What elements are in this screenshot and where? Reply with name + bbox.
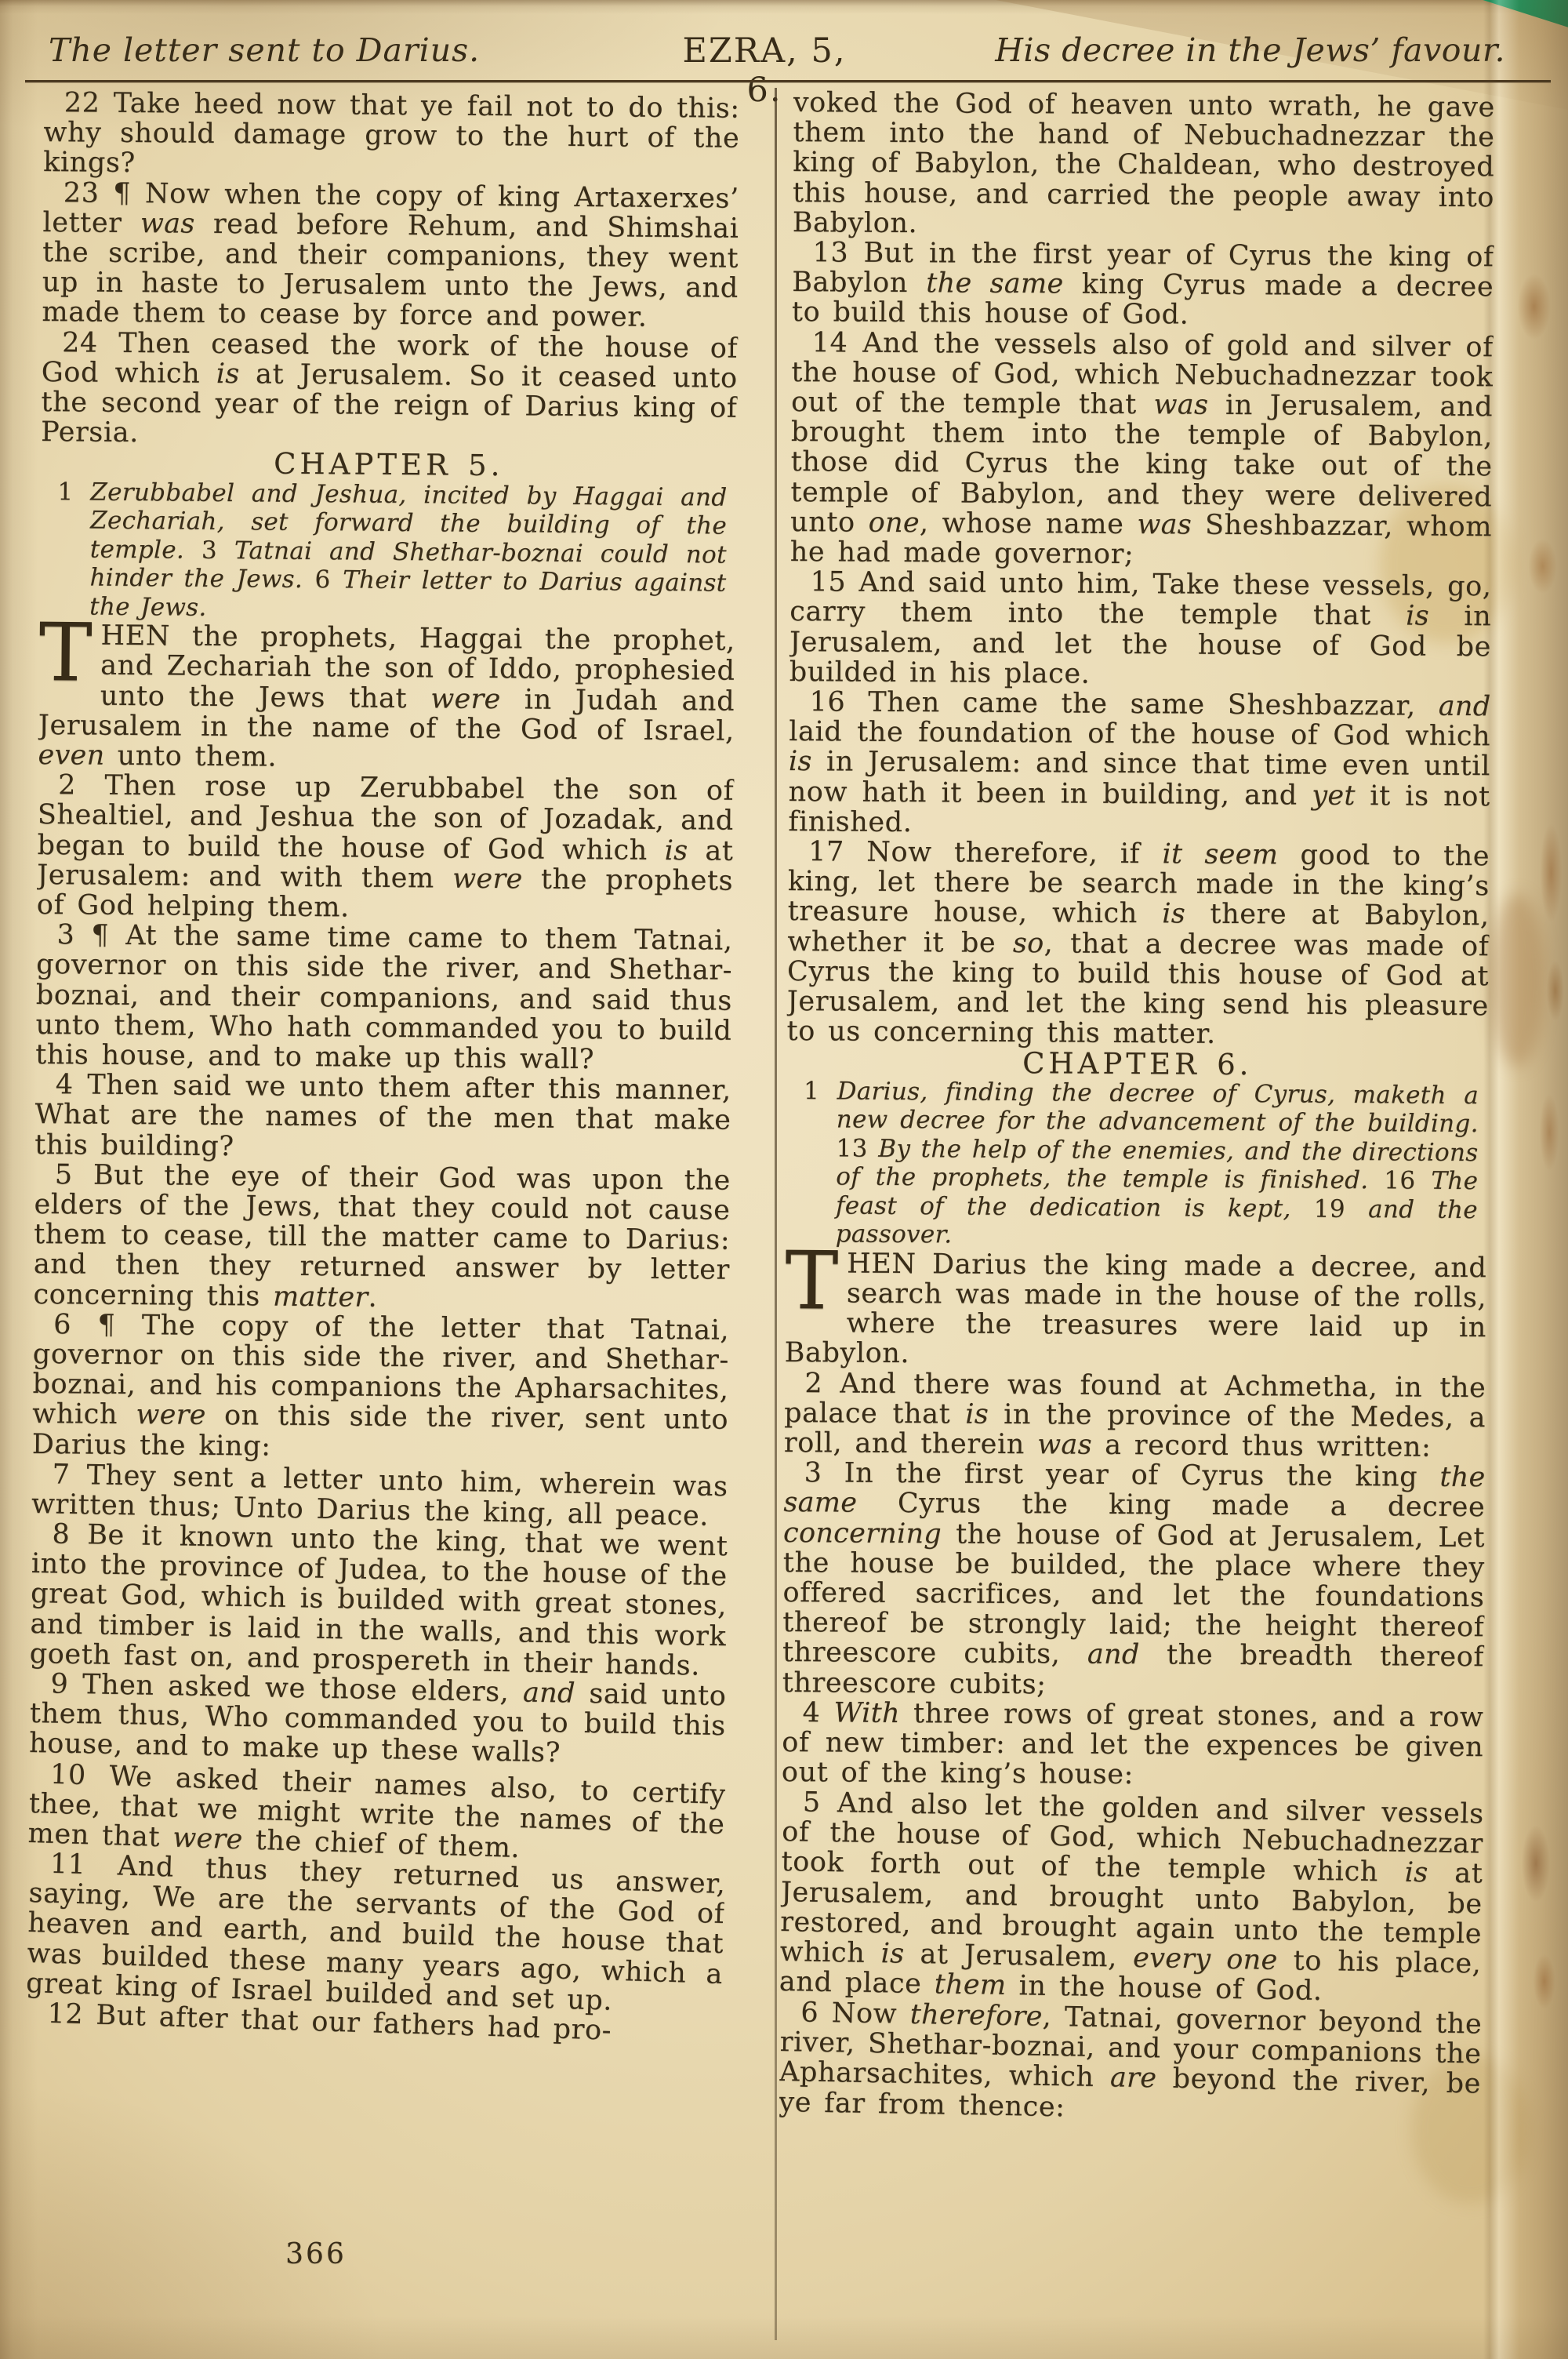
column-divider bbox=[775, 88, 777, 2340]
verse-paragraph: 4 With three rows of great stones, and a… bbox=[782, 1698, 1484, 1793]
verse-paragraph: 17 Now therefore, if it seem good to the… bbox=[786, 837, 1490, 1052]
chapter-heading: CHAPTER 6. bbox=[786, 1046, 1488, 1081]
verse-paragraph: 5 And also let the golden and silver ves… bbox=[779, 1787, 1485, 2009]
running-header-right: His decree in the Jews’ favour. bbox=[972, 31, 1505, 69]
verse-paragraph: 6 ¶ The copy of the letter that Tatnai, … bbox=[32, 1310, 730, 1466]
verse-paragraph: 11 And thus they returned us answer, say… bbox=[26, 1848, 726, 2019]
chapter-summary: 1 Zerubbabel and Jeshua, incited by Hagg… bbox=[39, 478, 737, 627]
dropcap-verse: THEN Darius the king made a decree, and … bbox=[785, 1249, 1487, 1373]
verse-paragraph: 2 And there was found at Achmetha, in th… bbox=[784, 1368, 1486, 1463]
verse-paragraph: 3 ¶ At the same time came to them Tatnai… bbox=[35, 920, 733, 1076]
verse-continuation: voked the God of heaven unto wrath, he g… bbox=[793, 88, 1495, 242]
verse-paragraph: 4 Then said we unto them after this mann… bbox=[34, 1070, 731, 1165]
verse-paragraph: 8 Be it known unto the king, that we wen… bbox=[29, 1519, 728, 1681]
verse-paragraph: 23 ¶ Now when the copy of king Artaxerxe… bbox=[42, 178, 739, 334]
verse-paragraph: 13 But in the first year of Cyrus the ki… bbox=[792, 238, 1494, 333]
running-header-left: The letter sent to Darius. bbox=[49, 31, 480, 69]
dropcap-verse-text: HEN the prophets, Haggai the prophet, an… bbox=[38, 620, 735, 773]
bible-page-scan: The letter sent to Darius. EZRA, 5, 6. H… bbox=[0, 0, 1568, 2359]
verse-paragraph: 9 Then asked we those elders, and said u… bbox=[29, 1669, 727, 1772]
right-column: voked the God of heaven unto wrath, he g… bbox=[778, 88, 1495, 2359]
verse-paragraph: 14 And the vessels also of gold and silv… bbox=[790, 328, 1494, 572]
verse-paragraph: 6 Now therefore, Tatnai, governor beyond… bbox=[779, 1997, 1483, 2129]
left-column: 22 Take heed now that ye fail not to do … bbox=[24, 88, 740, 2353]
verse-paragraph: 5 But the eye of their God was upon the … bbox=[33, 1160, 731, 1316]
page-number: 366 bbox=[265, 2238, 367, 2270]
drop-cap-initial: T bbox=[785, 1252, 839, 1311]
verse-paragraph: 22 Take heed now that ye fail not to do … bbox=[43, 88, 740, 184]
verse-paragraph: 3 In the first year of Cyrus the king th… bbox=[782, 1458, 1486, 1703]
verse-paragraph: 16 Then came the same Sheshbazzar, and l… bbox=[788, 687, 1490, 841]
page-stack-edge bbox=[1483, 0, 1568, 2359]
verse-paragraph: 15 And said unto him, Take these vessels… bbox=[789, 567, 1492, 692]
dropcap-verse: THEN the prophets, Haggai the prophet, a… bbox=[38, 620, 735, 776]
chapter-summary: 1 Darius, finding the decree of Cyrus, m… bbox=[786, 1077, 1489, 1253]
verse-paragraph: 2 Then rose up Zerubbabel the son of She… bbox=[37, 770, 735, 926]
paper-stain bbox=[1490, 894, 1544, 1067]
verse-paragraph: 24 Then ceased the work of the house of … bbox=[41, 328, 738, 454]
dropcap-verse-text: HEN Darius the king made a decree, and s… bbox=[785, 1248, 1487, 1369]
header-rule bbox=[25, 80, 1551, 82]
drop-cap-initial: T bbox=[38, 623, 93, 684]
running-header: The letter sent to Darius. EZRA, 5, 6. H… bbox=[0, 31, 1568, 78]
